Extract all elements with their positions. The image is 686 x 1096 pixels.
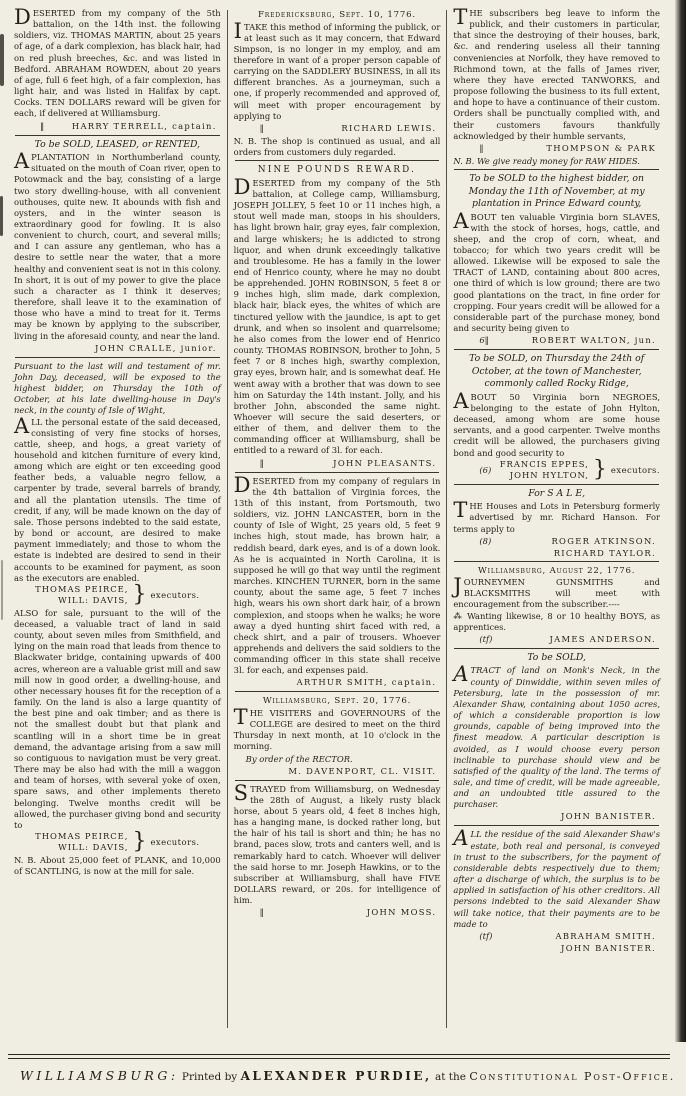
signature-names: ABRAHAM SMITH.JOHN BANISTER.	[555, 930, 656, 954]
advertisement: NINE POUNDS REWARD.DESERTED from my comp…	[234, 164, 441, 469]
ad-divider	[15, 135, 220, 136]
paragraph-text: TRACT of land on Monk's Neck, in the cou…	[453, 665, 660, 809]
page-edge-artifact	[0, 34, 4, 86]
signature-prefix: ‖	[14, 120, 44, 133]
signature-name: JOHN BANISTER.	[555, 942, 656, 954]
ad-paragraph: ⁂ Wanting likewise, 8 or 10 healthy BOYS…	[453, 611, 660, 633]
drop-cap: T	[453, 8, 469, 26]
paragraph-text: TRAYED from Williamsburg, on Wednesday t…	[234, 784, 441, 906]
signature-name: JOHN CRALLE, junior.	[95, 342, 217, 355]
drop-cap: A	[453, 665, 470, 683]
signature-name: HARRY TERRELL, captain.	[72, 120, 217, 133]
imprint-segment: at the	[432, 1071, 470, 1083]
ad-paragraph: ITAKE this method of informing the publi…	[234, 22, 441, 122]
signature-name: JOHN BANISTER.	[561, 810, 656, 823]
ad-signature: ‖HARRY TERRELL, captain.	[14, 120, 217, 133]
imprint-text: WILLIAMSBURG: Printed by ALEXANDER PURDI…	[8, 1065, 670, 1084]
ad-divider	[454, 349, 659, 350]
executor-name: FRANCIS EPPES,	[500, 459, 589, 471]
executors-prefix: (6)	[453, 465, 491, 476]
paragraph-text: HE subscribers beg leave to inform the p…	[453, 8, 660, 141]
paragraph-text: N. B. The shop is continued as usual, an…	[234, 136, 441, 157]
imprint-segment: ALEXANDER PURDIE,	[241, 1069, 432, 1083]
ad-paragraph: DESERTED from my company of the 5th batt…	[14, 8, 221, 120]
signature-prefix: (8)	[453, 535, 491, 548]
executors-label: executors.	[150, 590, 199, 601]
ad-divider	[454, 561, 659, 562]
advertisement: Pursuant to the last will and testament …	[14, 361, 221, 878]
ad-heading: To be SOLD, LEASED, or RENTED,	[14, 139, 221, 152]
ad-paragraph: APLANTATION in Northumberland county, si…	[14, 152, 221, 342]
ad-paragraph: THE Houses and Lots in Petersburg former…	[453, 501, 660, 534]
signature-name: JOHN MOSS.	[367, 906, 437, 919]
advertisement: Fredericksburg, Sept. 10, 1776.ITAKE thi…	[234, 9, 441, 158]
ad-divider	[235, 780, 440, 781]
paragraph-text: N. B. We give ready money for RAW HIDES.	[453, 156, 640, 166]
column-rule	[446, 10, 447, 1028]
ad-divider	[235, 691, 440, 692]
executor-name: WILL: DAVIS,	[35, 842, 128, 854]
advertisement: Williamsburg, August 22, 1776.JOURNEYMEN…	[453, 565, 660, 646]
paragraph-text: BOUT ten valuable Virginia born SLAVES, …	[453, 212, 660, 334]
signature-name: M. DAVENPORT, CL. VISIT.	[288, 765, 436, 778]
drop-cap: J	[453, 577, 463, 595]
ad-divider	[235, 472, 440, 473]
drop-cap: A	[453, 392, 470, 410]
newspaper-page: DESERTED from my company of the 5th batt…	[0, 0, 686, 1096]
signature-name: JAMES ANDERSON.	[549, 633, 656, 646]
page-edge-artifact	[1, 560, 3, 620]
paragraph-text: HE Houses and Lots in Petersburg formerl…	[453, 501, 660, 533]
ad-signature: ARTHUR SMITH, captain.	[234, 676, 437, 689]
ad-heading: To be SOLD to the highest bidder, on Mon…	[453, 173, 660, 211]
ad-signature: JOHN CRALLE, junior.	[14, 342, 217, 355]
executor-names: THOMAS PEIRCE,WILL: DAVIS,	[35, 584, 128, 607]
imprint: WILLIAMSBURG: Printed by ALEXANDER PURDI…	[8, 1054, 670, 1084]
advertisement: ALL the residue of the said Alexander Sh…	[453, 829, 660, 953]
paragraph-text: Pursuant to the last will and testament …	[14, 361, 221, 416]
ad-paragraph: N. B. We give ready money for RAW HIDES.	[453, 156, 660, 167]
ad-signature: 6‖ROBERT WALTON, jun.	[453, 334, 656, 347]
paragraph-text: LL the personal estate of the said decea…	[14, 417, 221, 583]
ad-signature: (tf)JAMES ANDERSON.	[453, 633, 656, 646]
signature-name: THOMPSON & PARK	[546, 142, 656, 155]
paragraph-text: HE VISITERS and GOVERNOURS of the COLLEG…	[234, 708, 441, 751]
ad-signature: ‖JOHN MOSS.	[234, 906, 437, 919]
ad-heading: For S A L E,	[453, 488, 660, 501]
ad-divider	[454, 825, 659, 826]
signature-prefix: ‖	[234, 457, 264, 470]
executors-label: executors.	[150, 837, 199, 848]
imprint-segment: WILLIAMSBURG:	[20, 1068, 179, 1083]
ad-heading: NINE POUNDS REWARD.	[234, 164, 441, 177]
ad-paragraph: N. B. About 25,000 feet of PLANK, and 10…	[14, 855, 221, 877]
advertisement: To be SOLD, on Thursday the 24th of Octo…	[453, 353, 660, 481]
advertisement: To be SOLD,ATRACT of land on Monk's Neck…	[453, 652, 660, 824]
signature-name: ROBERT WALTON, jun.	[532, 334, 656, 347]
signature-prefix: ‖	[234, 122, 264, 135]
drop-cap: A	[453, 829, 470, 847]
executors-label: executors.	[611, 465, 660, 476]
advertisement: THE subscribers beg leave to inform the …	[453, 8, 660, 167]
drop-cap: S	[234, 784, 250, 802]
drop-cap: A	[14, 152, 31, 170]
advertisement: Williamsburg, Sept. 20, 1776.THE VISITER…	[234, 695, 441, 777]
ad-paragraph: ABOUT ten valuable Virginia born SLAVES,…	[453, 212, 660, 335]
executor-names: FRANCIS EPPES,JOHN HYLTON,	[500, 459, 589, 482]
drop-cap: I	[234, 22, 244, 40]
executor-name: JOHN HYLTON,	[500, 470, 589, 482]
signature-prefix: (tf)	[453, 930, 492, 943]
executors-brace: }	[593, 460, 607, 480]
column-rule	[227, 10, 228, 1028]
paragraph-text: ESERTED from my company of the 5th batta…	[234, 178, 441, 456]
ad-divider	[454, 169, 659, 170]
ad-paragraph: Pursuant to the last will and testament …	[14, 361, 221, 417]
drop-cap: A	[453, 212, 470, 230]
advertisement: To be SOLD, LEASED, or RENTED,APLANTATIO…	[14, 139, 221, 355]
signature-name: ARTHUR SMITH, captain.	[297, 676, 437, 689]
imprint-segment: Constitutional Post-Office.	[469, 1070, 675, 1083]
ad-divider	[235, 160, 440, 161]
signature-prefix: (tf)	[453, 633, 492, 646]
executors-block: (6)FRANCIS EPPES,JOHN HYLTON,}executors.	[453, 459, 660, 482]
drop-cap: D	[14, 8, 33, 26]
ad-dateline: Fredericksburg, Sept. 10, 1776.	[234, 9, 441, 22]
ad-paragraph: ALL the residue of the said Alexander Sh…	[453, 829, 660, 929]
ad-heading: To be SOLD,	[453, 652, 660, 665]
paragraph-text: ALSO for sale, pursuant to the will of t…	[14, 608, 221, 830]
ad-paragraph: ALL the personal estate of the said dece…	[14, 417, 221, 584]
ad-paragraph: ATRACT of land on Monk's Neck, in the co…	[453, 665, 660, 810]
signature-name: JOHN PLEASANTS.	[333, 457, 436, 470]
signature-name: RICHARD TAYLOR.	[551, 547, 656, 559]
ad-signature: (tf)ABRAHAM SMITH.JOHN BANISTER.	[453, 930, 656, 954]
executor-names: THOMAS PEIRCE,WILL: DAVIS,	[35, 831, 128, 854]
ad-signature: JOHN BANISTER.	[453, 810, 656, 823]
paragraph-text: ESERTED from my company of the 5th batta…	[14, 8, 221, 118]
ad-paragraph: JOURNEYMEN GUNSMITHS and BLACKSMITHS wil…	[453, 577, 660, 610]
signature-names: ROGER ATKINSON.RICHARD TAYLOR.	[551, 535, 656, 559]
drop-cap: A	[14, 417, 31, 435]
paragraph-text: TAKE this method of informing the public…	[234, 22, 441, 121]
page-edge-shadow	[675, 0, 686, 1042]
ad-paragraph: THE subscribers beg leave to inform the …	[453, 8, 660, 142]
executor-name: THOMAS PEIRCE,	[35, 584, 128, 596]
ad-paragraph: ALSO for sale, pursuant to the will of t…	[14, 608, 221, 831]
paragraph-text: ⁂ Wanting likewise, 8 or 10 healthy BOYS…	[453, 611, 660, 632]
advertisement: For S A L E,THE Houses and Lots in Peter…	[453, 488, 660, 559]
ad-signature: ‖THOMPSON & PARK	[453, 142, 656, 155]
paragraph-text: PLANTATION in Northumberland county, sit…	[14, 152, 221, 341]
ad-dateline: Williamsburg, August 22, 1776.	[453, 565, 660, 578]
advertisement: DESERTED from my company of regulars in …	[234, 476, 441, 690]
signature-name: ABRAHAM SMITH.	[555, 930, 656, 942]
columns-container: DESERTED from my company of the 5th batt…	[10, 8, 664, 1034]
paragraph-text: OURNEYMEN GUNSMITHS and BLACKSMITHS will…	[453, 577, 660, 609]
column-middle: Fredericksburg, Sept. 10, 1776.ITAKE thi…	[230, 8, 445, 1034]
ad-paragraph: DESERTED from my company of the 5th batt…	[234, 178, 441, 457]
advertisement: STRAYED from Williamsburg, on Wednesday …	[234, 784, 441, 920]
signature-prefix: ‖	[453, 142, 483, 155]
ad-paragraph: STRAYED from Williamsburg, on Wednesday …	[234, 784, 441, 907]
ad-signature: ‖RICHARD LEWIS.	[234, 122, 437, 135]
executors-block: THOMAS PEIRCE,WILL: DAVIS,}executors.	[14, 584, 221, 607]
ad-paragraph: DESERTED from my company of regulars in …	[234, 476, 441, 677]
ad-signature: (8)ROGER ATKINSON.RICHARD TAYLOR.	[453, 535, 656, 559]
ad-signature: M. DAVENPORT, CL. VISIT.	[234, 765, 437, 778]
page-edge-artifact	[0, 196, 3, 236]
drop-cap: T	[234, 708, 250, 726]
ad-paragraph: THE VISITERS and GOVERNOURS of the COLLE…	[234, 708, 441, 753]
signature-prefix: ‖	[234, 906, 264, 919]
drop-cap: D	[234, 476, 253, 494]
ad-divider	[15, 357, 220, 358]
ad-dateline: Williamsburg, Sept. 20, 1776.	[234, 695, 441, 708]
ad-byline: By order of the RECTOR.	[234, 753, 441, 765]
paragraph-text: ESERTED from my company of regulars in t…	[234, 476, 441, 676]
drop-cap: T	[453, 501, 469, 519]
ad-divider	[454, 484, 659, 485]
signature-prefix: 6‖	[453, 334, 489, 347]
column-left: DESERTED from my company of the 5th batt…	[10, 8, 225, 1034]
executor-name: THOMAS PEIRCE,	[35, 831, 128, 843]
advertisement: DESERTED from my company of the 5th batt…	[14, 8, 221, 133]
executors-block: THOMAS PEIRCE,WILL: DAVIS,}executors.	[14, 831, 221, 854]
advertisement: To be SOLD to the highest bidder, on Mon…	[453, 173, 660, 347]
ad-heading: To be SOLD, on Thursday the 24th of Octo…	[453, 353, 660, 391]
paragraph-text: BOUT 50 Virginia born NEGROES, belonging…	[453, 392, 660, 458]
drop-cap: D	[234, 178, 253, 196]
signature-name: ROGER ATKINSON.	[551, 535, 656, 547]
ad-paragraph: ABOUT 50 Virginia born NEGROES, belongin…	[453, 392, 660, 459]
executors-brace: }	[132, 832, 146, 852]
paragraph-text: N. B. About 25,000 feet of PLANK, and 10…	[14, 855, 221, 876]
ad-signature: ‖JOHN PLEASANTS.	[234, 457, 437, 470]
imprint-rule	[8, 1054, 670, 1059]
ad-divider	[454, 648, 659, 649]
executor-name: WILL: DAVIS,	[35, 595, 128, 607]
signature-name: RICHARD LEWIS.	[341, 122, 436, 135]
paragraph-text: LL the residue of the said Alexander Sha…	[453, 829, 660, 928]
imprint-segment: Printed by	[179, 1071, 241, 1083]
executors-brace: }	[132, 585, 146, 605]
ad-paragraph: N. B. The shop is continued as usual, an…	[234, 136, 441, 158]
column-right: THE subscribers beg leave to inform the …	[449, 8, 664, 1034]
